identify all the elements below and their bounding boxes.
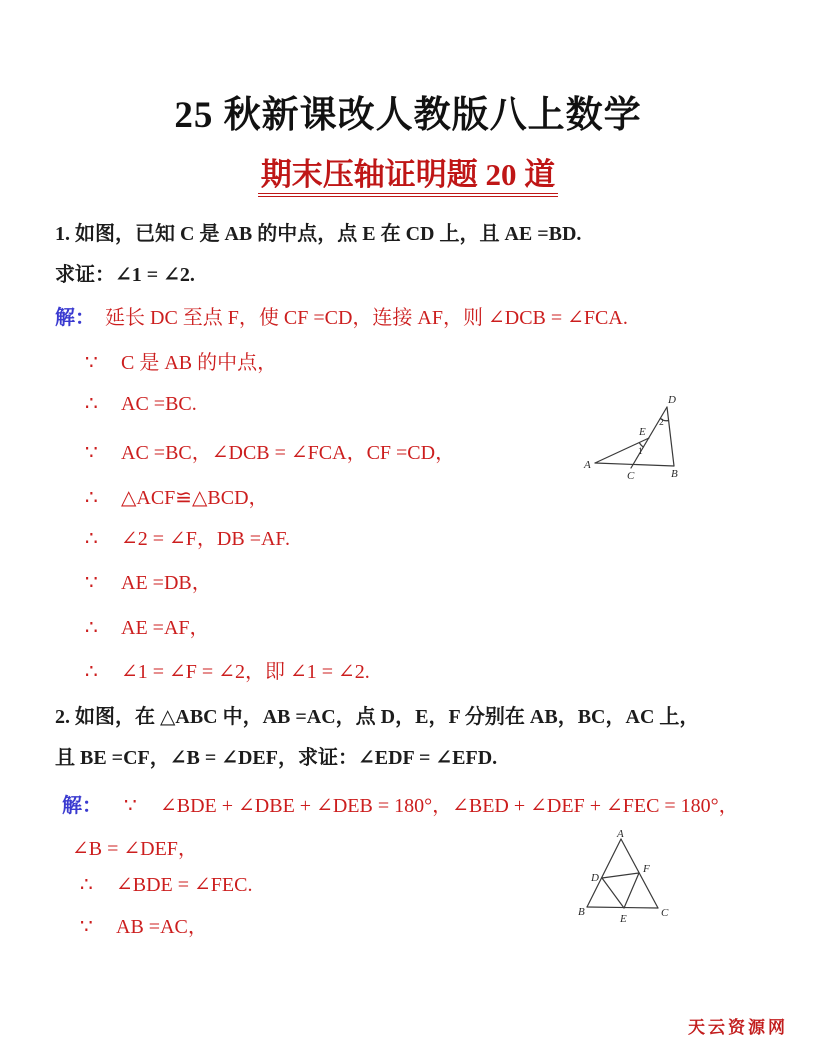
figure2-label-B: B (578, 906, 585, 918)
problem1-step: ∴AC =BC. (85, 391, 197, 416)
problem1-figure: A B C D E 1 2 (583, 393, 698, 483)
step-marker: ∴ (80, 872, 116, 897)
figure1-label-angle1: 1 (638, 447, 643, 457)
figure2-label-D: D (590, 872, 599, 884)
problem1-step: ∴∠2 = ∠F，DB =AF. (85, 522, 290, 551)
figure1-label-D: D (667, 394, 676, 406)
step-text: ∠BDE = ∠FEC. (116, 874, 252, 896)
step-marker: ∴ (85, 615, 121, 640)
step-text: C 是 AB 的中点， (121, 352, 277, 374)
problem2-solution-row3: ∴∠BDE = ∠FEC. (80, 872, 252, 897)
step-marker: ∴ (85, 659, 121, 684)
step-marker: ∴ (85, 526, 121, 551)
figure1-label-E: E (638, 426, 646, 438)
problem1-step: ∵AE =DB， (85, 566, 212, 595)
figure1-label-B: B (671, 468, 678, 480)
step-marker: ∵ (85, 570, 121, 595)
figure2-label-E: E (619, 913, 627, 925)
figure1-label-A: A (583, 459, 591, 471)
page-title: 25 秋新课改人教版八上数学 (0, 84, 816, 138)
step-marker: ∴ (85, 391, 121, 416)
document-page: 25 秋新课改人教版八上数学 期末压轴证明题 20 道 1. 如图，已知 C 是… (0, 0, 816, 1056)
step-text: AE =AF， (121, 617, 210, 639)
problem2-solution-row4: ∵AB =AC， (80, 910, 208, 939)
watermark: 天云资源网 (688, 1013, 788, 1038)
page-subtitle: 期末压轴证明题 20 道 (0, 149, 816, 194)
triangle-figure-2: A B C D F E (578, 830, 673, 928)
step-text: AE =DB， (121, 572, 212, 594)
figure1-label-C: C (627, 470, 635, 482)
step-marker: ∵ (80, 914, 116, 939)
problem1-step: ∵AC =BC，∠DCB = ∠FCA，CF =CD， (85, 436, 455, 465)
problem2-statement-line2: 且 BE =CF，∠B = ∠DEF，求证：∠EDF = ∠EFD. (55, 741, 497, 770)
figure2-label-A: A (616, 830, 624, 840)
problem1-step: ∴AE =AF， (85, 611, 210, 640)
problem1-step: ∴∠1 = ∠F = ∠2，即 ∠1 = ∠2. (85, 655, 370, 684)
problem1-solution-intro: 解：延长 DC 至点 F，使 CF =CD，连接 AF，则 ∠DCB = ∠FC… (55, 301, 628, 330)
problem2-solution-row2: ∠B = ∠DEF， (72, 832, 198, 861)
figure2-label-F: F (642, 863, 650, 875)
problem1-statement-line2: 求证：∠1 = ∠2. (55, 258, 195, 287)
problem2-statement-line1: 2. 如图，在 △ABC 中，AB =AC，点 D，E，F 分别在 AB，BC，… (55, 700, 699, 729)
step-text: AC =BC. (121, 393, 197, 415)
subtitle-underlined-text: 期末压轴证明题 20 道 (258, 157, 559, 197)
solution-intro-text: 延长 DC 至点 F，使 CF =CD，连接 AF，则 ∠DCB = ∠FCA. (105, 307, 628, 329)
figure1-label-angle2: 2 (659, 418, 664, 428)
triangle-figure-1: A B C D E 1 2 (583, 393, 698, 483)
step-marker: ∵ (85, 350, 121, 375)
problem2-solution-row1: 解：∵∠BDE + ∠DBE + ∠DEB = 180°，∠BED + ∠DEF… (62, 789, 739, 818)
step-text: ∠BDE + ∠DBE + ∠DEB = 180°，∠BED + ∠DEF + … (160, 795, 739, 817)
step-marker: ∵ (85, 440, 121, 465)
step-text: AB =AC， (116, 916, 208, 938)
figure2-label-C: C (661, 907, 669, 919)
problem1-step: ∵C 是 AB 的中点， (85, 346, 277, 375)
solution-label: 解： (62, 795, 102, 817)
step-text: △ACF≌△BCD， (121, 487, 269, 509)
problem1-step: ∴△ACF≌△BCD， (85, 481, 269, 510)
problem2-figure: A B C D F E (578, 830, 673, 928)
step-text: AC =BC，∠DCB = ∠FCA，CF =CD， (121, 442, 455, 464)
step-marker: ∴ (85, 485, 121, 510)
step-marker: ∵ (124, 793, 160, 818)
problem1-statement-line1: 1. 如图，已知 C 是 AB 的中点，点 E 在 CD 上，且 AE =BD. (55, 217, 581, 246)
step-text: ∠2 = ∠F，DB =AF. (121, 528, 290, 550)
step-text: ∠1 = ∠F = ∠2，即 ∠1 = ∠2. (121, 661, 370, 683)
solution-label: 解： (55, 307, 95, 329)
